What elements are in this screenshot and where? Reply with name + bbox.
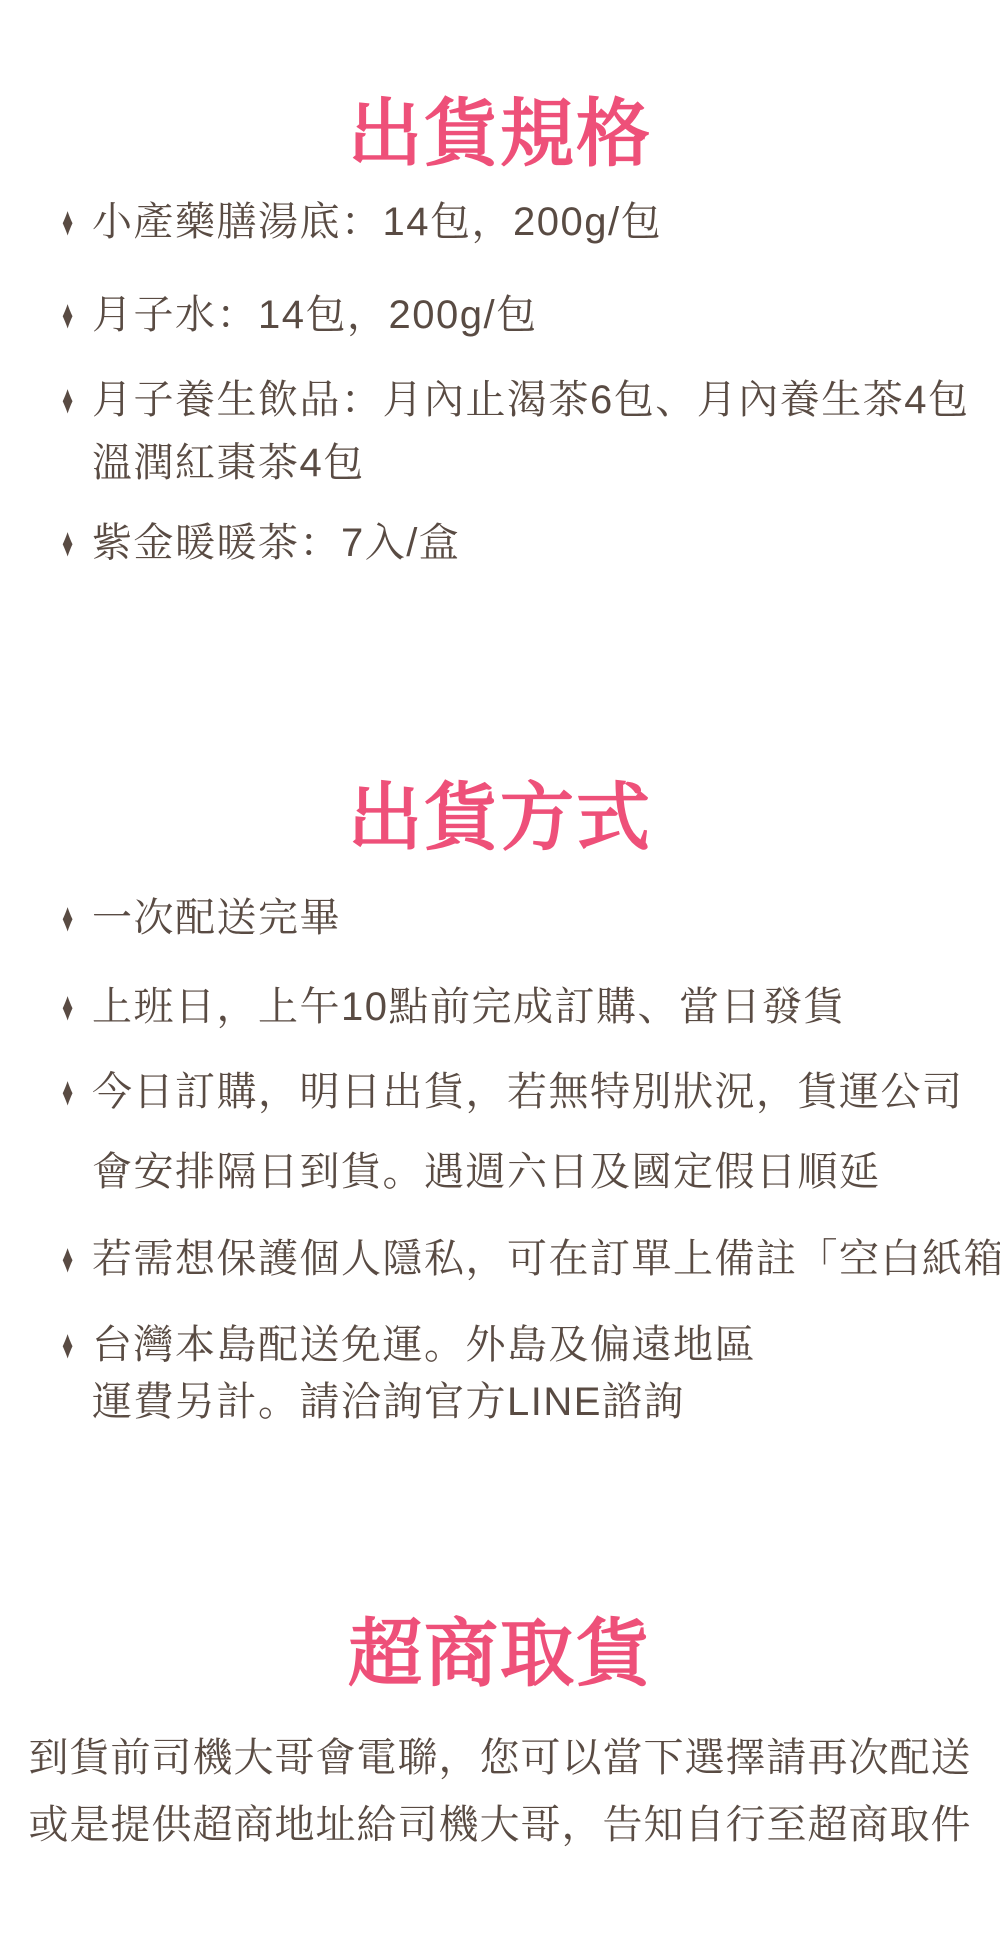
method-item-single-delivery-text: 一次配送完畢 [92, 896, 341, 940]
diamond-bullet-icon: ♦ [62, 200, 79, 244]
method-item-free-shipping: ♦台灣本島配送免運。外島及偏遠地區 [62, 1323, 756, 1367]
spec-item-health-drinks-text: 月子養生飲品：月內止渴茶6包、月內養生茶4包 [92, 378, 970, 422]
spec-item-soup-base: ♦小產藥膳湯底：14包，200g/包 [62, 200, 662, 244]
diamond-bullet-icon: ♦ [62, 521, 79, 565]
spec-item-warm-tea: ♦紫金暖暖茶：7入/盒 [62, 521, 460, 565]
method-item-privacy-box-text: 若需想保護個人隱私，可在訂單上備註「空白紙箱」 [92, 1237, 1000, 1281]
section-title-shipping-method: 出貨方式 [0, 782, 1000, 856]
section-title-store-pickup: 超商取貨 [0, 1618, 1000, 1692]
method-item-workday-cutoff-text: 上班日，上午10點前完成訂購、當日發貨 [92, 985, 845, 1029]
diamond-bullet-icon: ♦ [62, 1070, 79, 1114]
method-item-single-delivery: ♦一次配送完畢 [62, 896, 341, 940]
diamond-bullet-icon: ♦ [62, 293, 79, 337]
method-item-free-shipping-line2: 運費另計。請洽詢官方LINE諮詢 [92, 1380, 685, 1424]
spec-item-confinement-water-text: 月子水：14包，200g/包 [92, 293, 538, 337]
diamond-bullet-icon: ♦ [62, 985, 79, 1029]
method-item-free-shipping-text: 台灣本島配送免運。外島及偏遠地區 [92, 1323, 756, 1367]
pickup-paragraph-line2: 或是提供超商地址給司機大哥，告知自行至超商取件 [0, 1803, 1000, 1847]
spec-item-soup-base-text: 小產藥膳湯底：14包，200g/包 [92, 200, 662, 244]
method-item-workday-cutoff: ♦上班日，上午10點前完成訂購、當日發貨 [62, 985, 845, 1029]
diamond-bullet-icon: ♦ [62, 1323, 79, 1367]
diamond-bullet-icon: ♦ [62, 896, 79, 940]
method-item-privacy-box: ♦若需想保護個人隱私，可在訂單上備註「空白紙箱」 [62, 1237, 1000, 1281]
spec-item-warm-tea-text: 紫金暖暖茶：7入/盒 [92, 521, 460, 565]
diamond-bullet-icon: ♦ [62, 378, 79, 422]
diamond-bullet-icon: ♦ [62, 1237, 79, 1281]
method-item-next-day-ship-line2: 會安排隔日到貨。遇週六日及國定假日順延 [92, 1150, 881, 1194]
spec-item-health-drinks: ♦月子養生飲品：月內止渴茶6包、月內養生茶4包 [62, 378, 970, 422]
spec-item-health-drinks-line2: 溫潤紅棗茶4包 [92, 441, 365, 485]
section-title-shipping-spec: 出貨規格 [0, 98, 1000, 172]
method-item-next-day-ship: ♦今日訂購，明日出貨，若無特別狀況，貨運公司 [62, 1070, 964, 1114]
pickup-paragraph-line1: 到貨前司機大哥會電聯，您可以當下選擇請再次配送 [0, 1736, 1000, 1780]
method-item-next-day-ship-text: 今日訂購，明日出貨，若無特別狀況，貨運公司 [92, 1070, 964, 1114]
shipping-info-page: 出貨規格 ♦小產藥膳湯底：14包，200g/包 ♦月子水：14包，200g/包 … [0, 0, 1000, 1943]
spec-item-confinement-water: ♦月子水：14包，200g/包 [62, 293, 538, 337]
